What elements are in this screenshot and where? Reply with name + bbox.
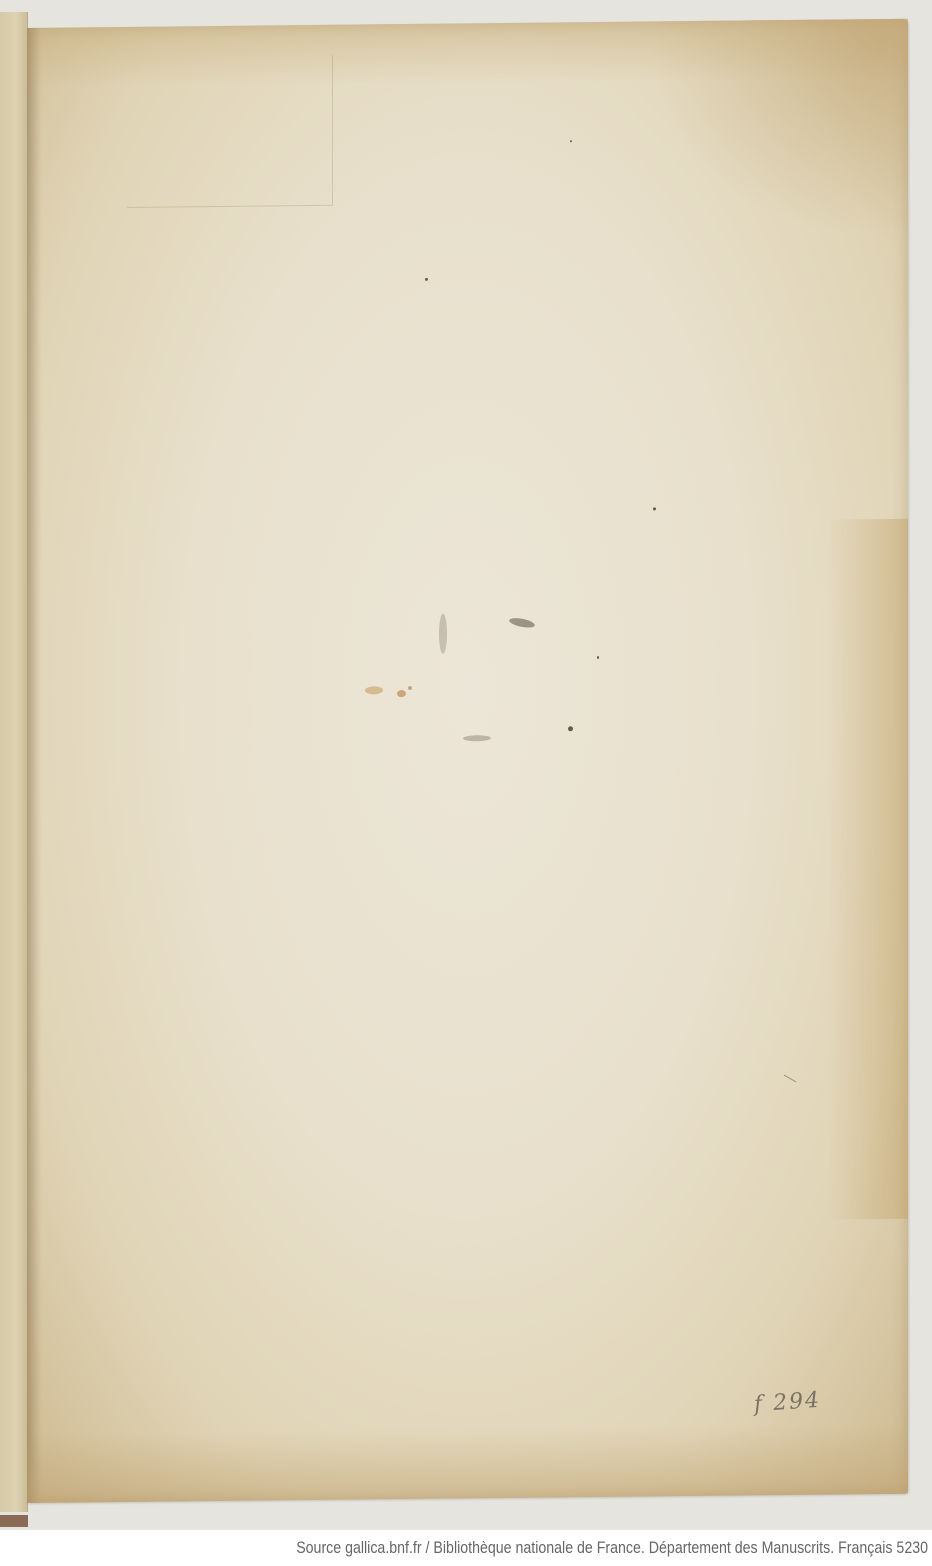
source-caption: Source gallica.bnf.fr / Bibliothèque nat… bbox=[130, 1534, 928, 1562]
ink-smudge bbox=[463, 735, 491, 741]
folio-page bbox=[27, 19, 908, 1503]
foxing-stain bbox=[408, 686, 412, 690]
folio-number-annotation: f 294 bbox=[753, 1388, 822, 1418]
ink-smudge bbox=[439, 614, 447, 654]
speck bbox=[568, 726, 573, 731]
ink-smudge bbox=[508, 616, 535, 629]
foxing-stain bbox=[397, 690, 406, 697]
speck bbox=[597, 656, 599, 659]
binding-edge bbox=[0, 1515, 28, 1527]
water-stain-top-right bbox=[648, 19, 908, 242]
water-stain-bottom bbox=[27, 1424, 908, 1503]
gutter-shadow bbox=[27, 28, 41, 1503]
speck bbox=[570, 140, 572, 142]
foxing-stain bbox=[365, 686, 383, 694]
speck bbox=[784, 1075, 797, 1083]
manuscript-scan: f 294 bbox=[0, 0, 932, 1530]
faint-offset-rectangle bbox=[127, 55, 333, 208]
water-stain-right bbox=[828, 519, 908, 1220]
speck bbox=[653, 507, 656, 510]
speck bbox=[425, 278, 428, 281]
adjacent-page-edge bbox=[0, 12, 28, 1512]
